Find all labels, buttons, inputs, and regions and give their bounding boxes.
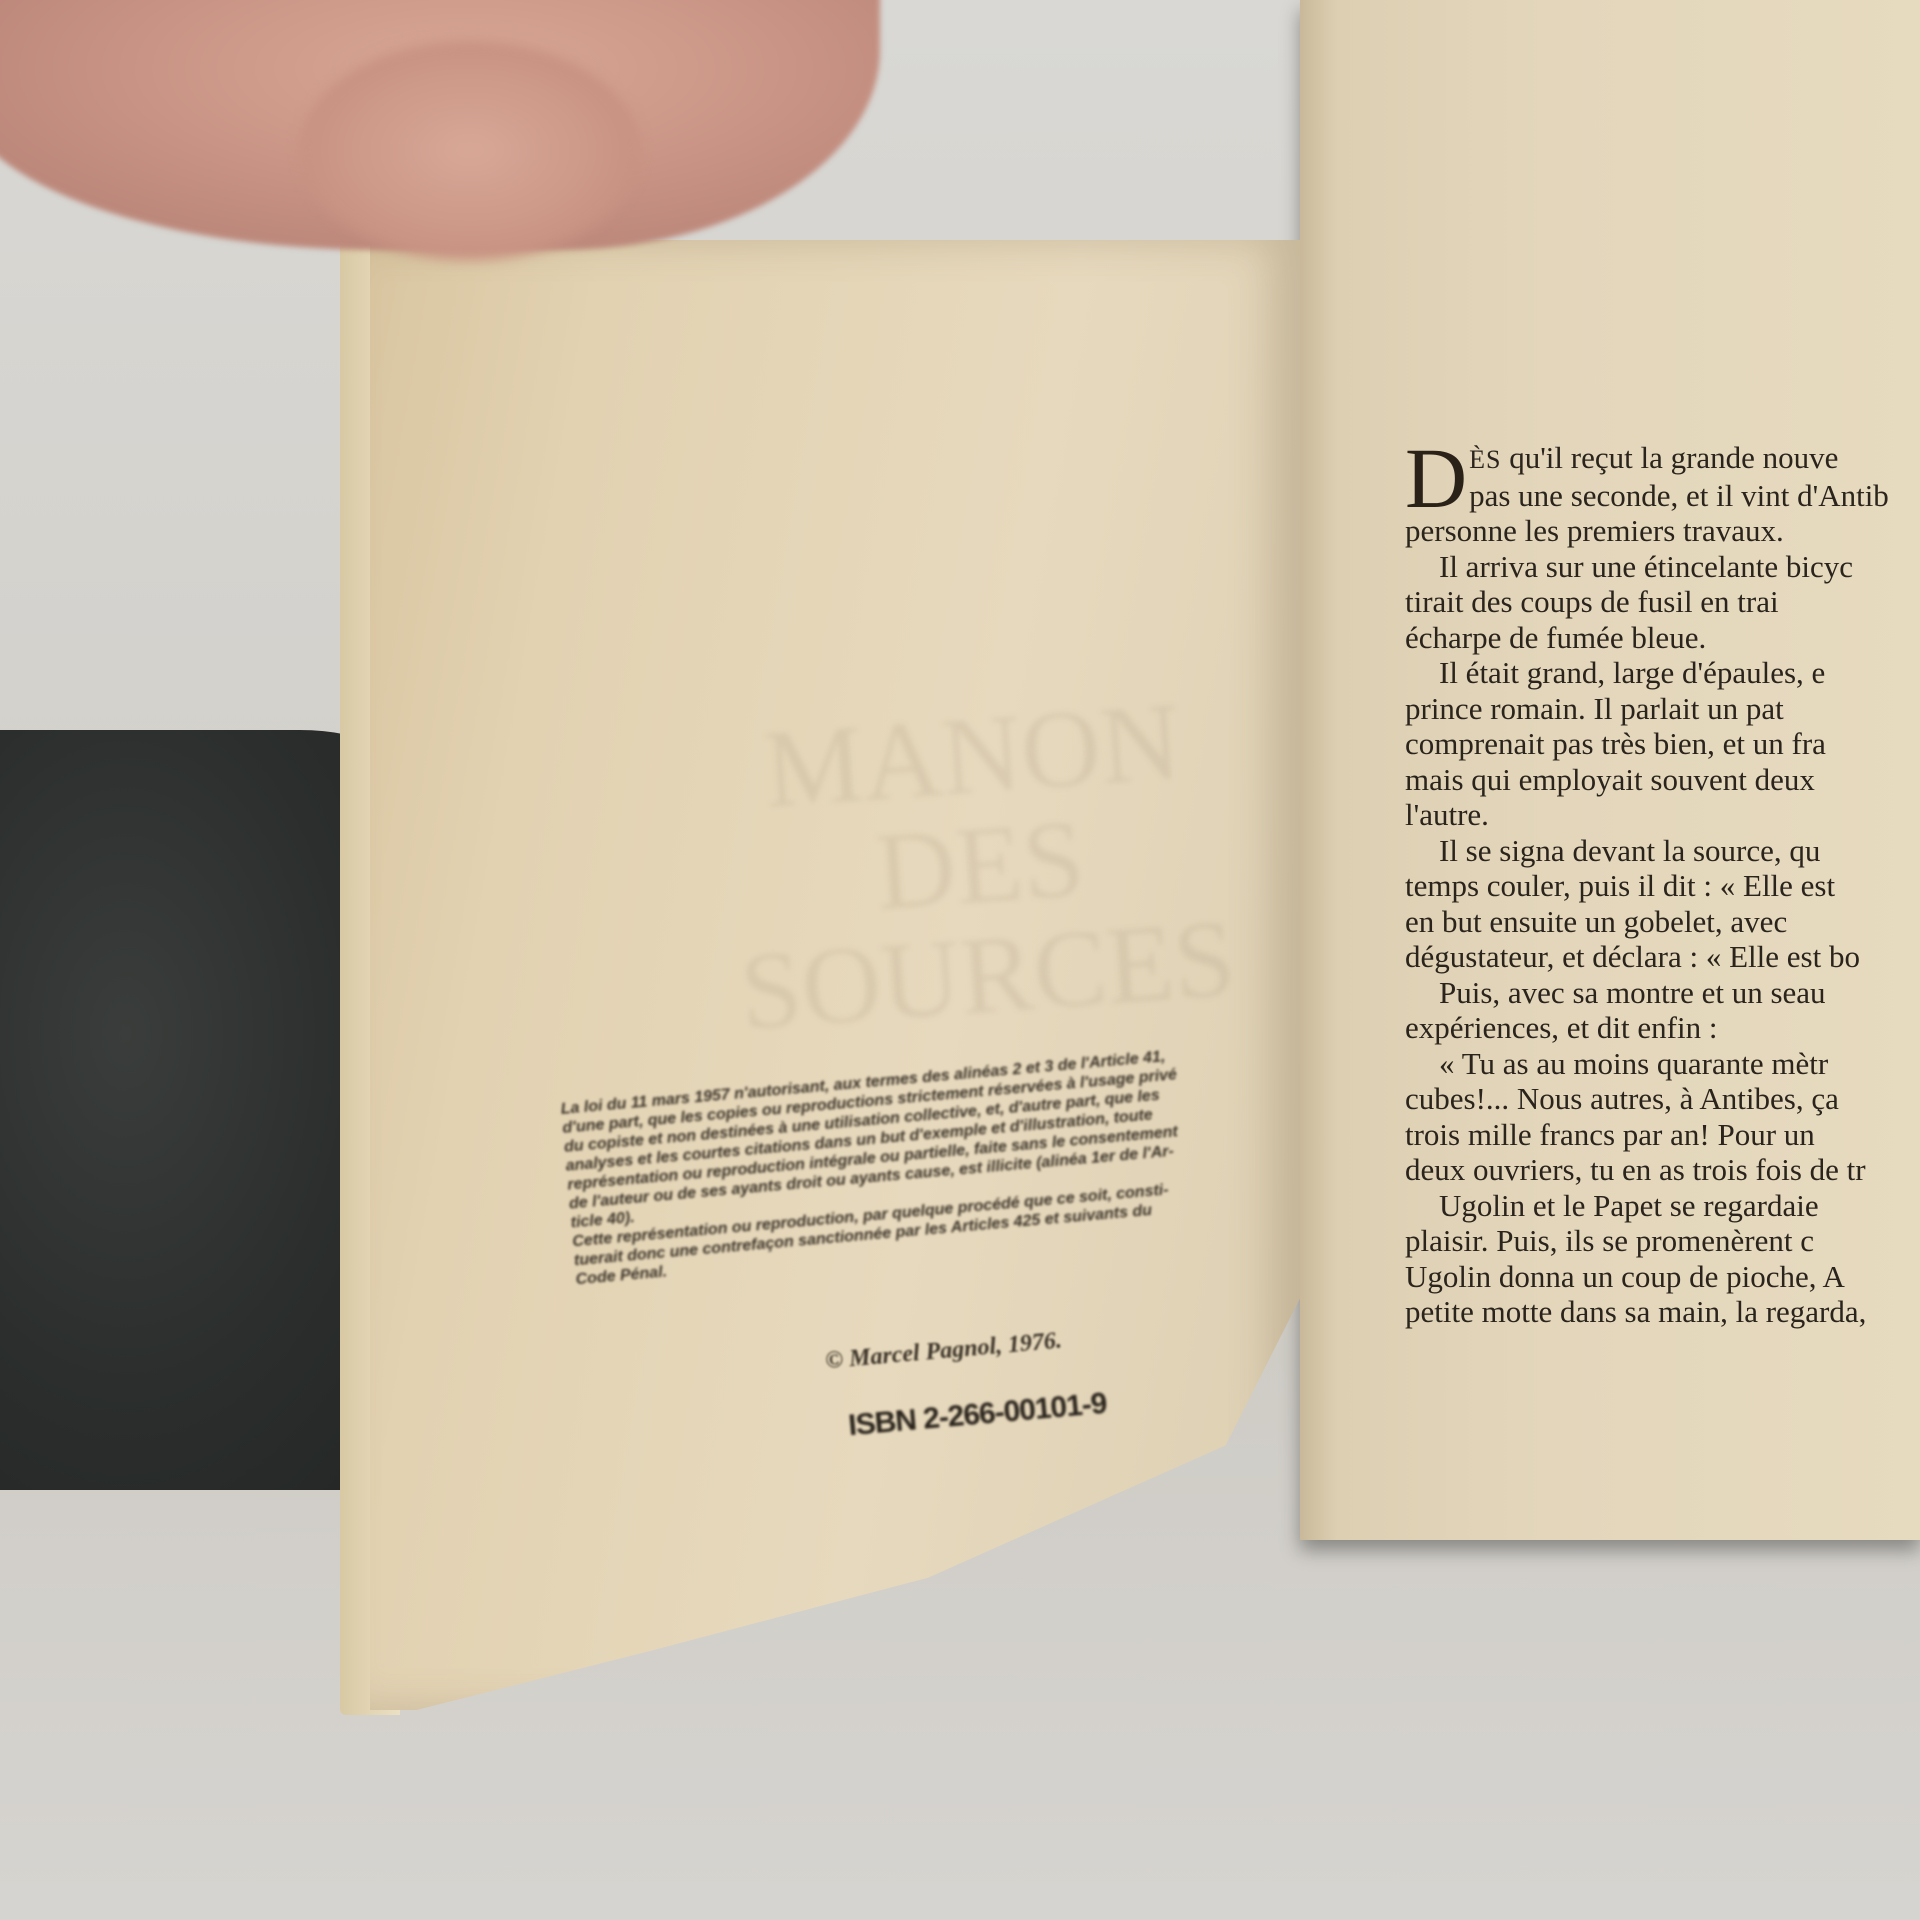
text-line: cubes!... Nous autres, à Antibes, ça bbox=[1405, 1081, 1920, 1117]
paragraph-line-1: DÈS qu'il reçut la grande nouve bbox=[1405, 440, 1920, 478]
hand-knuckle bbox=[300, 40, 640, 260]
text-line: trois mille francs par an! Pour un bbox=[1405, 1117, 1920, 1153]
show-through-title: MANON DES SOURCES bbox=[649, 678, 1310, 1052]
text-line: tirait des coups de fusil en trai bbox=[1405, 584, 1920, 620]
text-line: expériences, et dit enfin : bbox=[1405, 1010, 1920, 1046]
text-line: l'autre. bbox=[1405, 797, 1920, 833]
text-line: Il était grand, large d'épaules, e bbox=[1405, 655, 1920, 691]
text-line: plaisir. Puis, ils se promenèrent c bbox=[1405, 1223, 1920, 1259]
text-line: prince romain. Il parlait un pat bbox=[1405, 691, 1920, 727]
text-line: Ugolin et le Papet se regardaie bbox=[1405, 1188, 1920, 1224]
text-line: Il arriva sur une étincelante bicyc bbox=[1405, 549, 1920, 585]
text-line: écharpe de fumée bleue. bbox=[1405, 620, 1920, 656]
photo-scene: DÈS qu'il reçut la grande nouve pas une … bbox=[0, 0, 1920, 1920]
text-line: deux ouvriers, tu en as trois fois de tr bbox=[1405, 1152, 1920, 1188]
text-line: dégustateur, et déclara : « Elle est bo bbox=[1405, 939, 1920, 975]
text-line: Ugolin donna un coup de pioche, A bbox=[1405, 1259, 1920, 1295]
text-line: comprenait pas très bien, et un fra bbox=[1405, 726, 1920, 762]
ghost-title-line: DES SOURCES bbox=[657, 788, 1311, 1052]
text-line: Puis, avec sa montre et un seau bbox=[1405, 975, 1920, 1011]
right-page-text: DÈS qu'il reçut la grande nouve pas une … bbox=[1405, 440, 1920, 1330]
text-line: qu'il reçut la grande nouve bbox=[1501, 440, 1838, 475]
drop-cap: D bbox=[1405, 448, 1467, 508]
text-line: temps couler, puis il dit : « Elle est bbox=[1405, 868, 1920, 904]
text-line: pas une seconde, et il vint d'Antib bbox=[1405, 478, 1920, 514]
text-line: personne les premiers travaux. bbox=[1405, 513, 1920, 549]
text-line: Il se signa devant la source, qu bbox=[1405, 833, 1920, 869]
text-line: mais qui employait souvent deux bbox=[1405, 762, 1920, 798]
text-line: « Tu as au moins quarante mètr bbox=[1405, 1046, 1920, 1082]
first-word-rest: ÈS bbox=[1469, 445, 1501, 474]
text-line: petite motte dans sa main, la regarda, bbox=[1405, 1294, 1920, 1330]
text-line: en but ensuite un gobelet, avec bbox=[1405, 904, 1920, 940]
